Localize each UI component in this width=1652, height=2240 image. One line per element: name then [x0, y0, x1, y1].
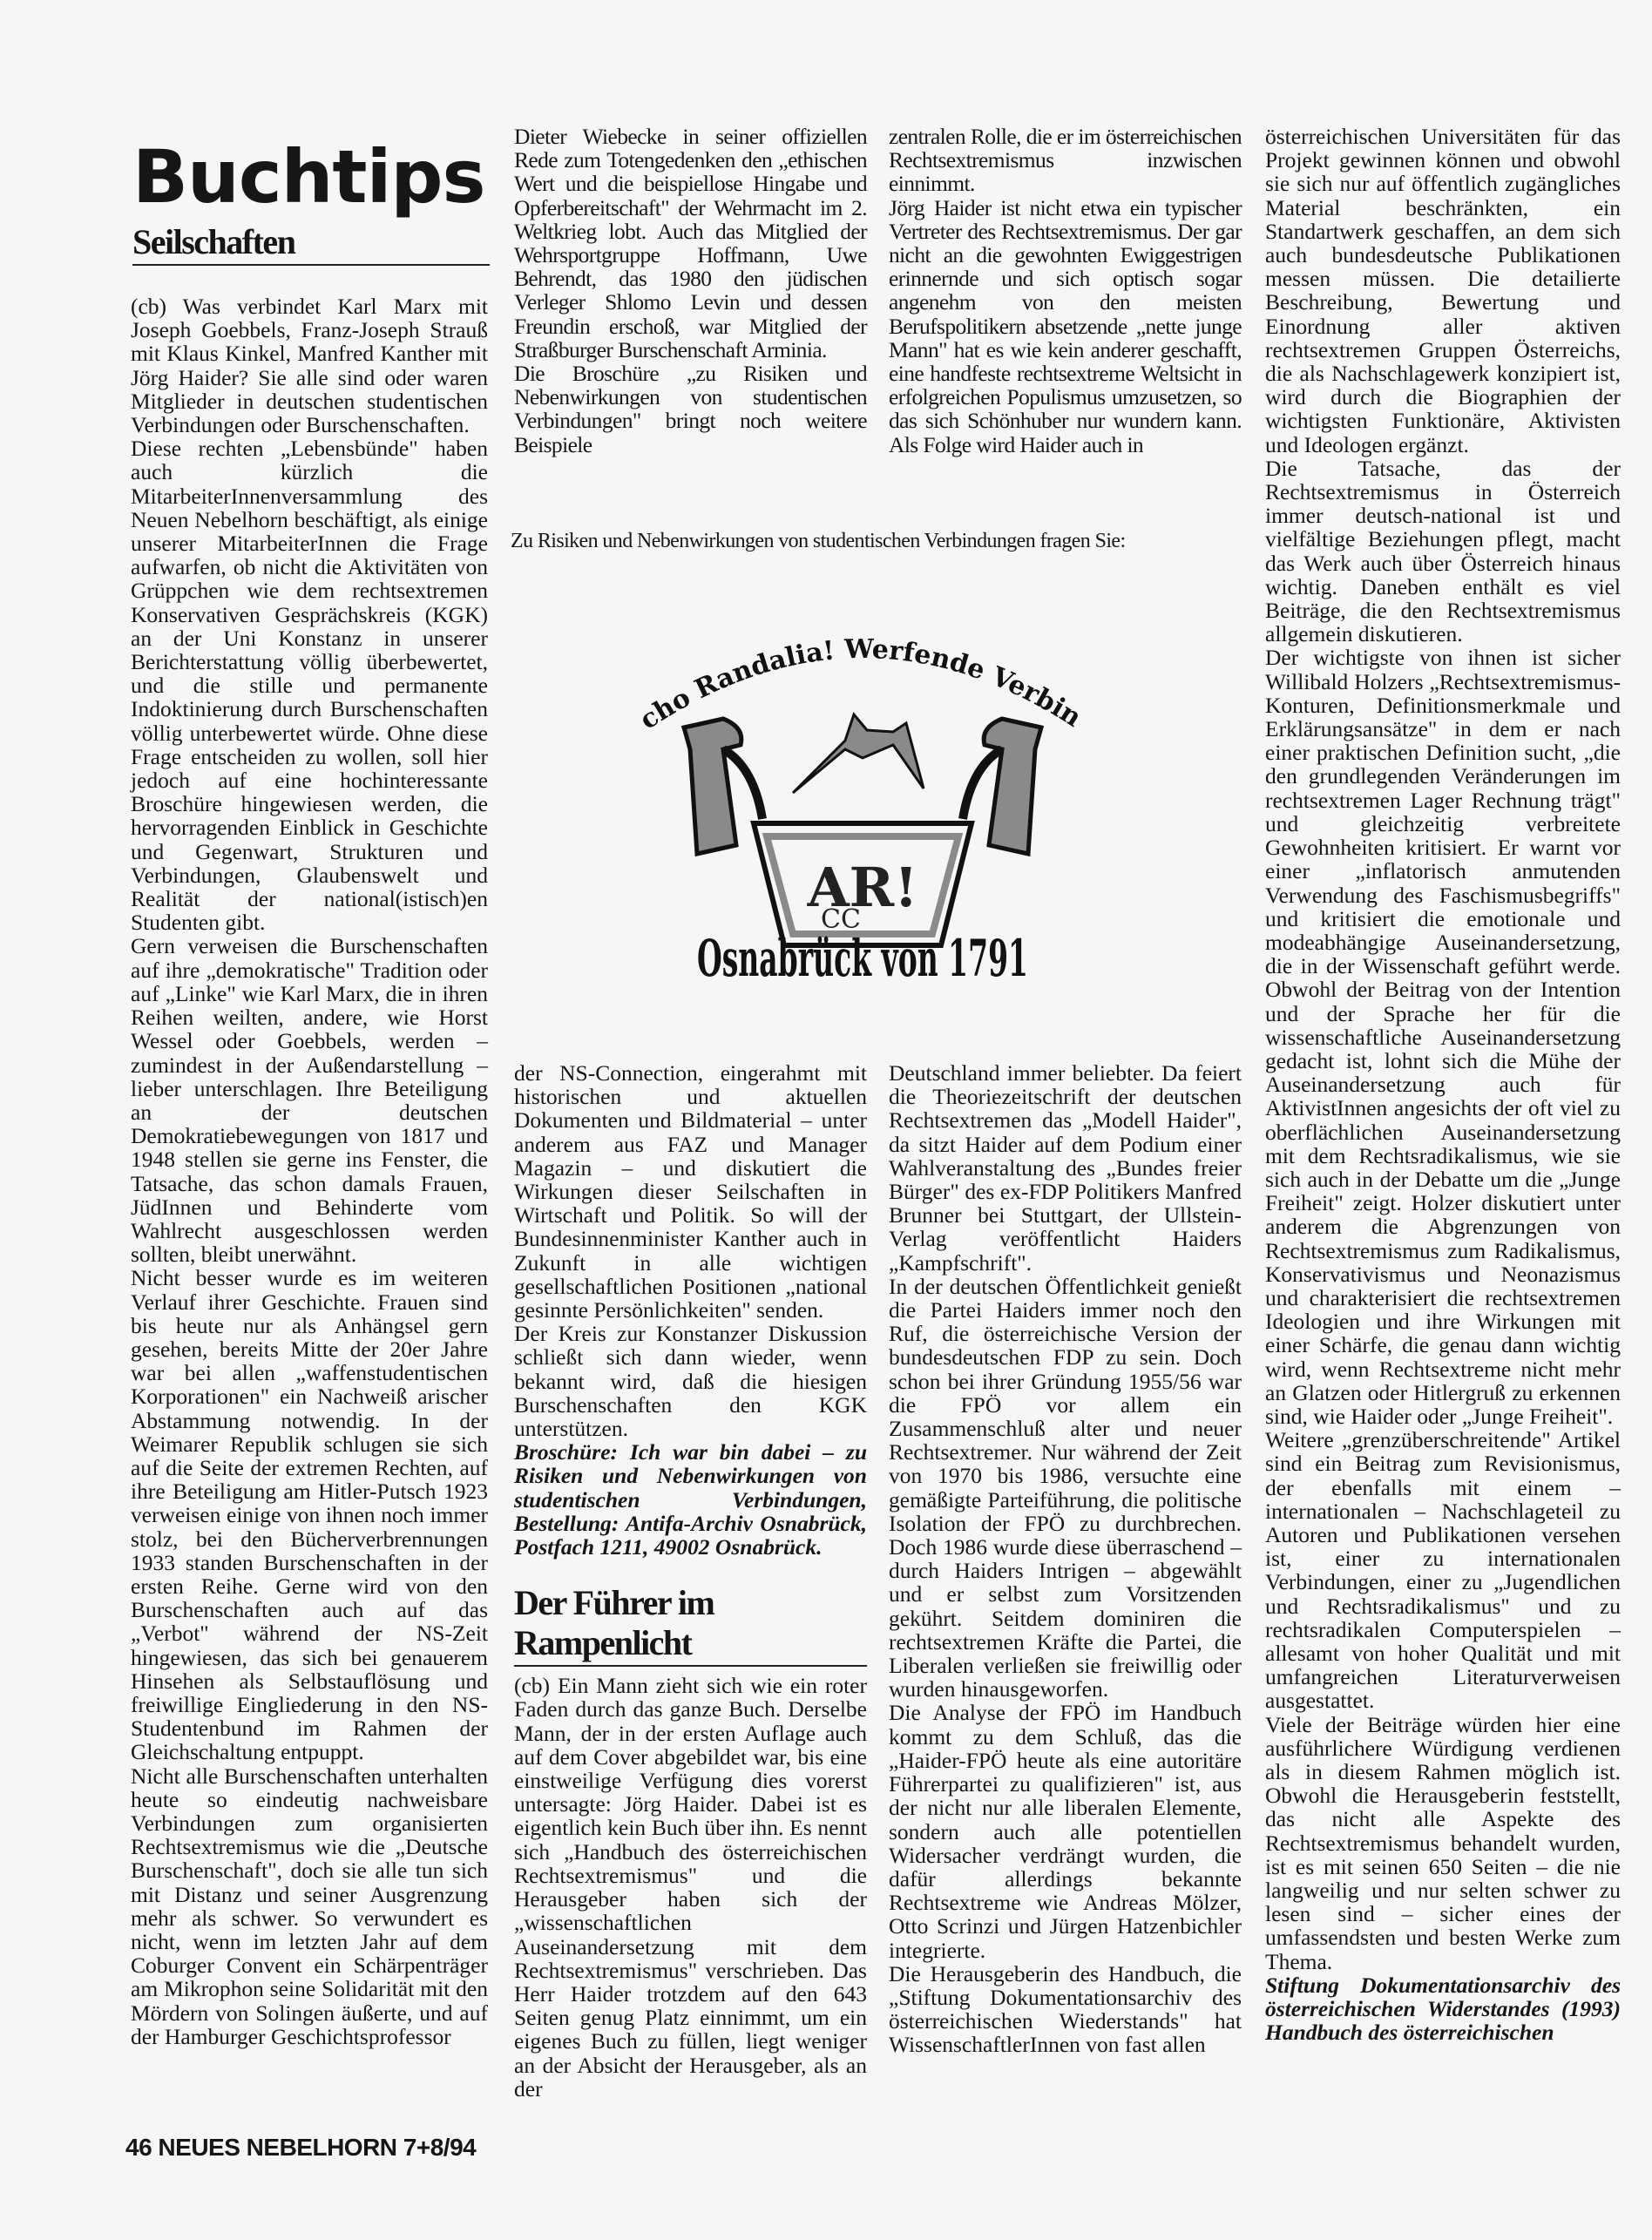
paragraph: Nicht alle Burschenschaften unterhalten …	[131, 1764, 488, 2048]
paragraph: In der deutschen Öffentlichkeit genießt …	[889, 1275, 1242, 1702]
title-line-1: Der Führer im	[514, 1583, 867, 1623]
svg-text:Anarcho Randalia! Werfende Ver: Anarcho Randalia! Werfende Verbindung	[592, 575, 1087, 736]
section-label: Buchtips	[132, 138, 485, 216]
paragraph: (cb) Was verbindet Karl Marx mit Joseph …	[131, 294, 488, 436]
paragraph: der NS-Connection, eingerahmt mit histor…	[514, 1061, 867, 1322]
brochure-reference: Broschüre: Ich war bin dabei – zu Risike…	[514, 1440, 867, 1559]
paragraph: Deutschland immer beliebter. Da feiert d…	[889, 1061, 1242, 1275]
article-title-fuehrer: Der Führer im Rampenlicht	[514, 1583, 867, 1667]
paragraph: Nicht besser wurde es im weiteren Verlau…	[131, 1266, 488, 1763]
emblem-graphic: Anarcho Randalia! Werfende Verbindung AR…	[592, 575, 1133, 985]
paragraph: Diese rechten „Lebensbünde" haben auch k…	[131, 436, 488, 934]
page-footer: 46 NEUES NEBELHORN 7+8/94	[125, 2134, 476, 2162]
emblem-arc-text: Anarcho Randalia! Werfende Verbindung	[592, 575, 1087, 736]
illustration-caption: Zu Risiken und Nebenwirkungen von studen…	[511, 530, 1242, 553]
paragraph: Die Tatsache, das der Rechtsextremismus …	[1265, 457, 1621, 646]
emblem-bottom-text: Osnabrück von 1791	[697, 929, 1028, 985]
paragraph: Die Analyse der FPÖ im Handbuch kommt zu…	[889, 1701, 1242, 1961]
paragraph: Die Herausgeberin des Handbuch, die „Sti…	[889, 1962, 1242, 2057]
column-2-bottom: der NS-Connection, eingerahmt mit histor…	[514, 1061, 867, 2101]
paragraph: Die Broschüre „zu Risiken und Nebenwirku…	[514, 362, 867, 457]
fraternity-emblem: Anarcho Randalia! Werfende Verbindung AR…	[592, 575, 1133, 985]
paragraph: Jörg Haider ist nicht etwa ein typischer…	[889, 196, 1242, 457]
paragraph: Der Kreis zur Konstanzer Diskussion schl…	[514, 1322, 867, 1440]
book-reference: Stiftung Dokumentationsarchiv des österr…	[1265, 1973, 1621, 2045]
column-1: (cb) Was verbindet Karl Marx mit Joseph …	[131, 294, 488, 2048]
paragraph: Weitere „grenzüberschreitende" Artikel s…	[1265, 1428, 1621, 1712]
column-3-bottom: Deutschland immer beliebter. Da feiert d…	[889, 1061, 1242, 2057]
paragraph: zentralen Rolle, die er im österreichisc…	[889, 125, 1242, 196]
title-line-2: Rampenlicht	[514, 1623, 867, 1663]
column-4: österreichischen Universitäten für das P…	[1265, 125, 1621, 2044]
paragraph: österreichischen Universitäten für das P…	[1265, 125, 1621, 457]
article-title-seilschaften: Seilschaften	[132, 223, 490, 266]
column-2-top: Dieter Wiebecke in seiner offiziellen Re…	[514, 125, 867, 457]
paragraph: Dieter Wiebecke in seiner offiziellen Re…	[514, 125, 867, 362]
paragraph: Gern verweisen die Burschenschaften auf …	[131, 934, 488, 1266]
column-3-top: zentralen Rolle, die er im österreichisc…	[889, 125, 1242, 457]
paragraph: Der wichtigste von ihnen ist sicher Will…	[1265, 646, 1621, 1428]
paragraph: (cb) Ein Mann zieht sich wie ein roter F…	[514, 1674, 867, 2101]
paragraph: Viele der Beiträge würden hier eine ausf…	[1265, 1713, 1621, 1973]
